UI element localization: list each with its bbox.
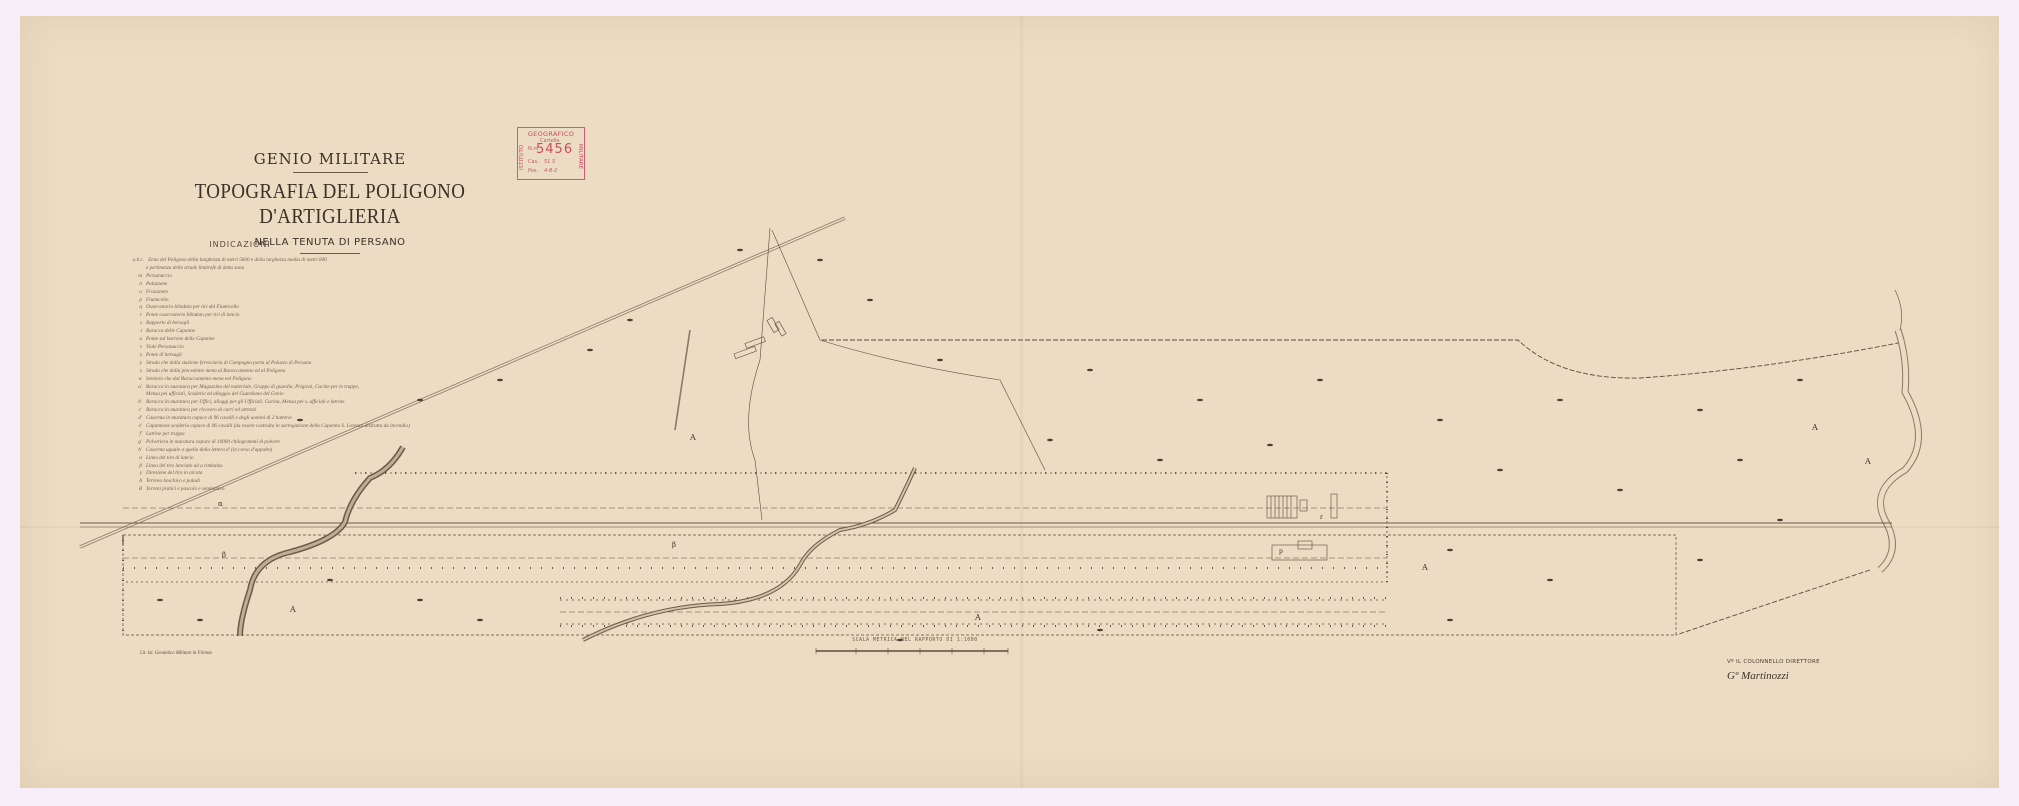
legend-key: f' xyxy=(130,431,142,439)
map-title: TOPOGRAFIA DEL POLIGONO D'ARTIGLIERIA xyxy=(168,179,492,229)
legend-key: b' xyxy=(130,399,142,407)
legend-key: o xyxy=(130,289,142,297)
legend-text: Zona del Poligono della lunghezza di met… xyxy=(148,257,327,263)
legend-title: INDICAZIONI xyxy=(140,240,340,249)
legend-text: Strada che dalla precedente mena al Bara… xyxy=(146,368,285,374)
legend-text: e pertinenza delle strade limitrofe di d… xyxy=(146,265,244,271)
legend-text: Frassineto xyxy=(146,289,168,295)
legend-text: Latrine per truppa xyxy=(146,431,185,437)
legend-text: Direzione del tiro in arcata xyxy=(146,470,202,476)
legend-key: d' xyxy=(130,415,142,423)
legend-key: p xyxy=(130,297,142,305)
legend-key: x xyxy=(130,352,142,360)
scale-title: SCALA METRICA NEL RAPPORTO DI 1:1000 xyxy=(815,638,1015,643)
stamp-cas-value: 51 S xyxy=(544,159,555,165)
legend-item: e pertinenza delle strade limitrofe di d… xyxy=(130,265,510,273)
legend-key: B xyxy=(130,486,142,494)
legend-item: βLinea del tiro lanciato ad a rimbalzo xyxy=(130,463,510,471)
legend-text: Viale Persanuccio xyxy=(146,344,184,350)
stamp-left-text: ISTITUTO xyxy=(519,136,525,178)
legend-item: vViale Persanuccio xyxy=(130,344,510,352)
legend-item: qOsservatorio blindato per tiri del Fium… xyxy=(130,304,510,312)
title-rule xyxy=(293,172,368,173)
line-label: β xyxy=(222,551,226,559)
director-title: Vº IL COLONNELLO DIRETTORE xyxy=(1727,659,1820,665)
legend-key: γ xyxy=(130,470,142,478)
legend-item: xPonte di bersagli xyxy=(130,352,510,360)
legend-item: b'Baracca in muratura per Uffici, allogg… xyxy=(130,399,510,407)
legend-item: e'Capannone scuderia capace di 96 cavall… xyxy=(130,423,510,431)
legend-text: Terreni pratici e pascolo e seminativo xyxy=(146,486,224,492)
legend-key: g' xyxy=(130,439,142,447)
legend-item: h'Caserma uguale a quella della lettera … xyxy=(130,447,510,455)
legend-text: Caserma uguale a quella della lettera d'… xyxy=(146,447,272,453)
stamp-number: 5456 xyxy=(536,142,573,157)
area-label: A xyxy=(690,433,696,442)
legend-text: Ponte sul burrone delle Capanne xyxy=(146,336,215,342)
legend-key: z xyxy=(130,368,142,376)
line-label: β xyxy=(672,541,676,549)
legend-key: s xyxy=(130,320,142,328)
legend-key: α xyxy=(130,455,142,463)
legend-item: oFrassineto xyxy=(130,289,510,297)
legend-key: u xyxy=(130,336,142,344)
printer-credit: Lit. Ist. Geodetico Militare in Firenze xyxy=(140,651,212,656)
legend: INDICAZIONI a.b.c.Zona del Poligono dell… xyxy=(130,240,510,494)
legend-text: Linea del tiro lanciato ad a rimbalzo xyxy=(146,463,222,469)
legend-item: ATerreno boschivo e paludi xyxy=(130,478,510,486)
legend-item: a.b.c.Zona del Poligono della lunghezza … xyxy=(130,257,510,265)
director-prefix: Vº xyxy=(1727,659,1734,665)
legend-text: Baracca delle Capanne xyxy=(146,328,195,334)
legend-item: f'Latrine per truppa xyxy=(130,431,510,439)
stamp-cas-label: Cas. xyxy=(528,159,539,165)
legend-key: r xyxy=(130,312,142,320)
stamp-pos-value: 4-B-2 xyxy=(544,168,557,174)
legend-text: Terreno boschivo e paludi xyxy=(146,478,200,484)
stamp-pos-label: Pos. xyxy=(528,168,538,174)
stamp-top-text: GEOGRAFICO xyxy=(518,130,584,138)
legend-key: c' xyxy=(130,407,142,415)
legend-text: Capannone scuderia capace di 96 cavalli … xyxy=(146,423,410,429)
legend-text: Strada che dalla stazione ferroviaria di… xyxy=(146,360,311,366)
legend-text: Mensa pei ufficiali, Scuderie ed alloggi… xyxy=(146,391,284,397)
line-label: α xyxy=(218,500,223,508)
area-label: A xyxy=(1812,423,1818,432)
legend-key: a.b.c. xyxy=(130,257,144,265)
legend-item: sRapporto di bersagli xyxy=(130,320,510,328)
legend-text: Ponte osservatorio blindato per tiri di … xyxy=(146,312,239,318)
river-east xyxy=(1880,330,1919,570)
legend-item: pFiumicello xyxy=(130,297,510,305)
legend-item: d'Caserma in muratura capace di 96 caval… xyxy=(130,415,510,423)
legend-key: q xyxy=(130,304,142,312)
area-label: A xyxy=(290,605,296,614)
area-label: A xyxy=(1865,457,1871,466)
signature: Gº Martinozzi xyxy=(1727,670,1789,682)
legend-text: Osservatorio blindato per tiri del Fiumi… xyxy=(146,304,239,310)
legend-text: Sentiero che dal Baraccamento mena nel P… xyxy=(146,376,252,382)
legend-text: Ponte di bersagli xyxy=(146,352,182,358)
legend-key: e' xyxy=(130,423,142,431)
director-label: IL COLONNELLO DIRETTORE xyxy=(1736,659,1820,665)
legend-text: Polveriera in muratura capace di 10000 c… xyxy=(146,439,280,445)
legend-text: Linea del tiro di lancio xyxy=(146,455,194,461)
legend-item: rPonte osservatorio blindato per tiri di… xyxy=(130,312,510,320)
legend-key: a' xyxy=(130,384,142,392)
legend-item: uPonte sul burrone delle Capanne xyxy=(130,336,510,344)
legend-item: mPersanuccio xyxy=(130,273,510,281)
area-label: A xyxy=(1422,563,1428,572)
legend-key: y xyxy=(130,360,142,368)
scale-bar xyxy=(816,648,1008,654)
legend-key: m xyxy=(130,273,142,281)
archive-stamp: GEOGRAFICO ISTITUTO MILITARE Cartella N.… xyxy=(517,127,585,180)
legend-text: Baracca in muratura per Magazzino del ma… xyxy=(146,384,359,390)
legend-item: BTerreni pratici e pascolo e seminativo xyxy=(130,486,510,494)
stream-middle xyxy=(583,468,915,640)
legend-key: n xyxy=(130,281,142,289)
legend-text: Palazzone xyxy=(146,281,167,287)
legend-text: Caserma in muratura capace di 96 cavalli… xyxy=(146,415,292,421)
legend-item: yStrada che dalla stazione ferroviaria d… xyxy=(130,360,510,368)
legend-item: αLinea del tiro di lancio xyxy=(130,455,510,463)
legend-key: w xyxy=(130,376,142,384)
stamp-right-text: MILITARE xyxy=(577,136,583,178)
legend-item: γDirezione del tiro in arcata xyxy=(130,470,510,478)
legend-key: A xyxy=(130,478,142,486)
legend-item: wSentiero che dal Baraccamento mena nel … xyxy=(130,376,510,384)
scale: SCALA METRICA NEL RAPPORTO DI 1:1000 xyxy=(815,638,1015,643)
legend-key: t xyxy=(130,328,142,336)
legend-text: Baracca in muratura per Uffici, alloggi … xyxy=(146,399,344,405)
legend-text: Fiumicello xyxy=(146,297,168,303)
legend-text: Persanuccio xyxy=(146,273,172,279)
legend-text: Rapporto di bersagli xyxy=(146,320,189,326)
legend-text: Baracca in muratura per ricovero di carr… xyxy=(146,407,256,413)
legend-key: β xyxy=(130,463,142,471)
line-label: p xyxy=(1279,548,1283,555)
legend-item: tBaracca delle Capanne xyxy=(130,328,510,336)
line-label: r xyxy=(1320,514,1323,521)
legend-key: v xyxy=(130,344,142,352)
legend-item: nPalazzone xyxy=(130,281,510,289)
area-label: A xyxy=(975,613,981,622)
legend-item: zStrada che dalla precedente mena al Bar… xyxy=(130,368,510,376)
legend-key: h' xyxy=(130,447,142,455)
legend-item: g'Polveriera in muratura capace di 10000… xyxy=(130,439,510,447)
legend-item: c'Baracca in muratura per ricovero di ca… xyxy=(130,407,510,415)
organization-heading: GENIO MILITARE xyxy=(150,150,510,168)
legend-items: a.b.c.Zona del Poligono della lunghezza … xyxy=(130,257,510,494)
